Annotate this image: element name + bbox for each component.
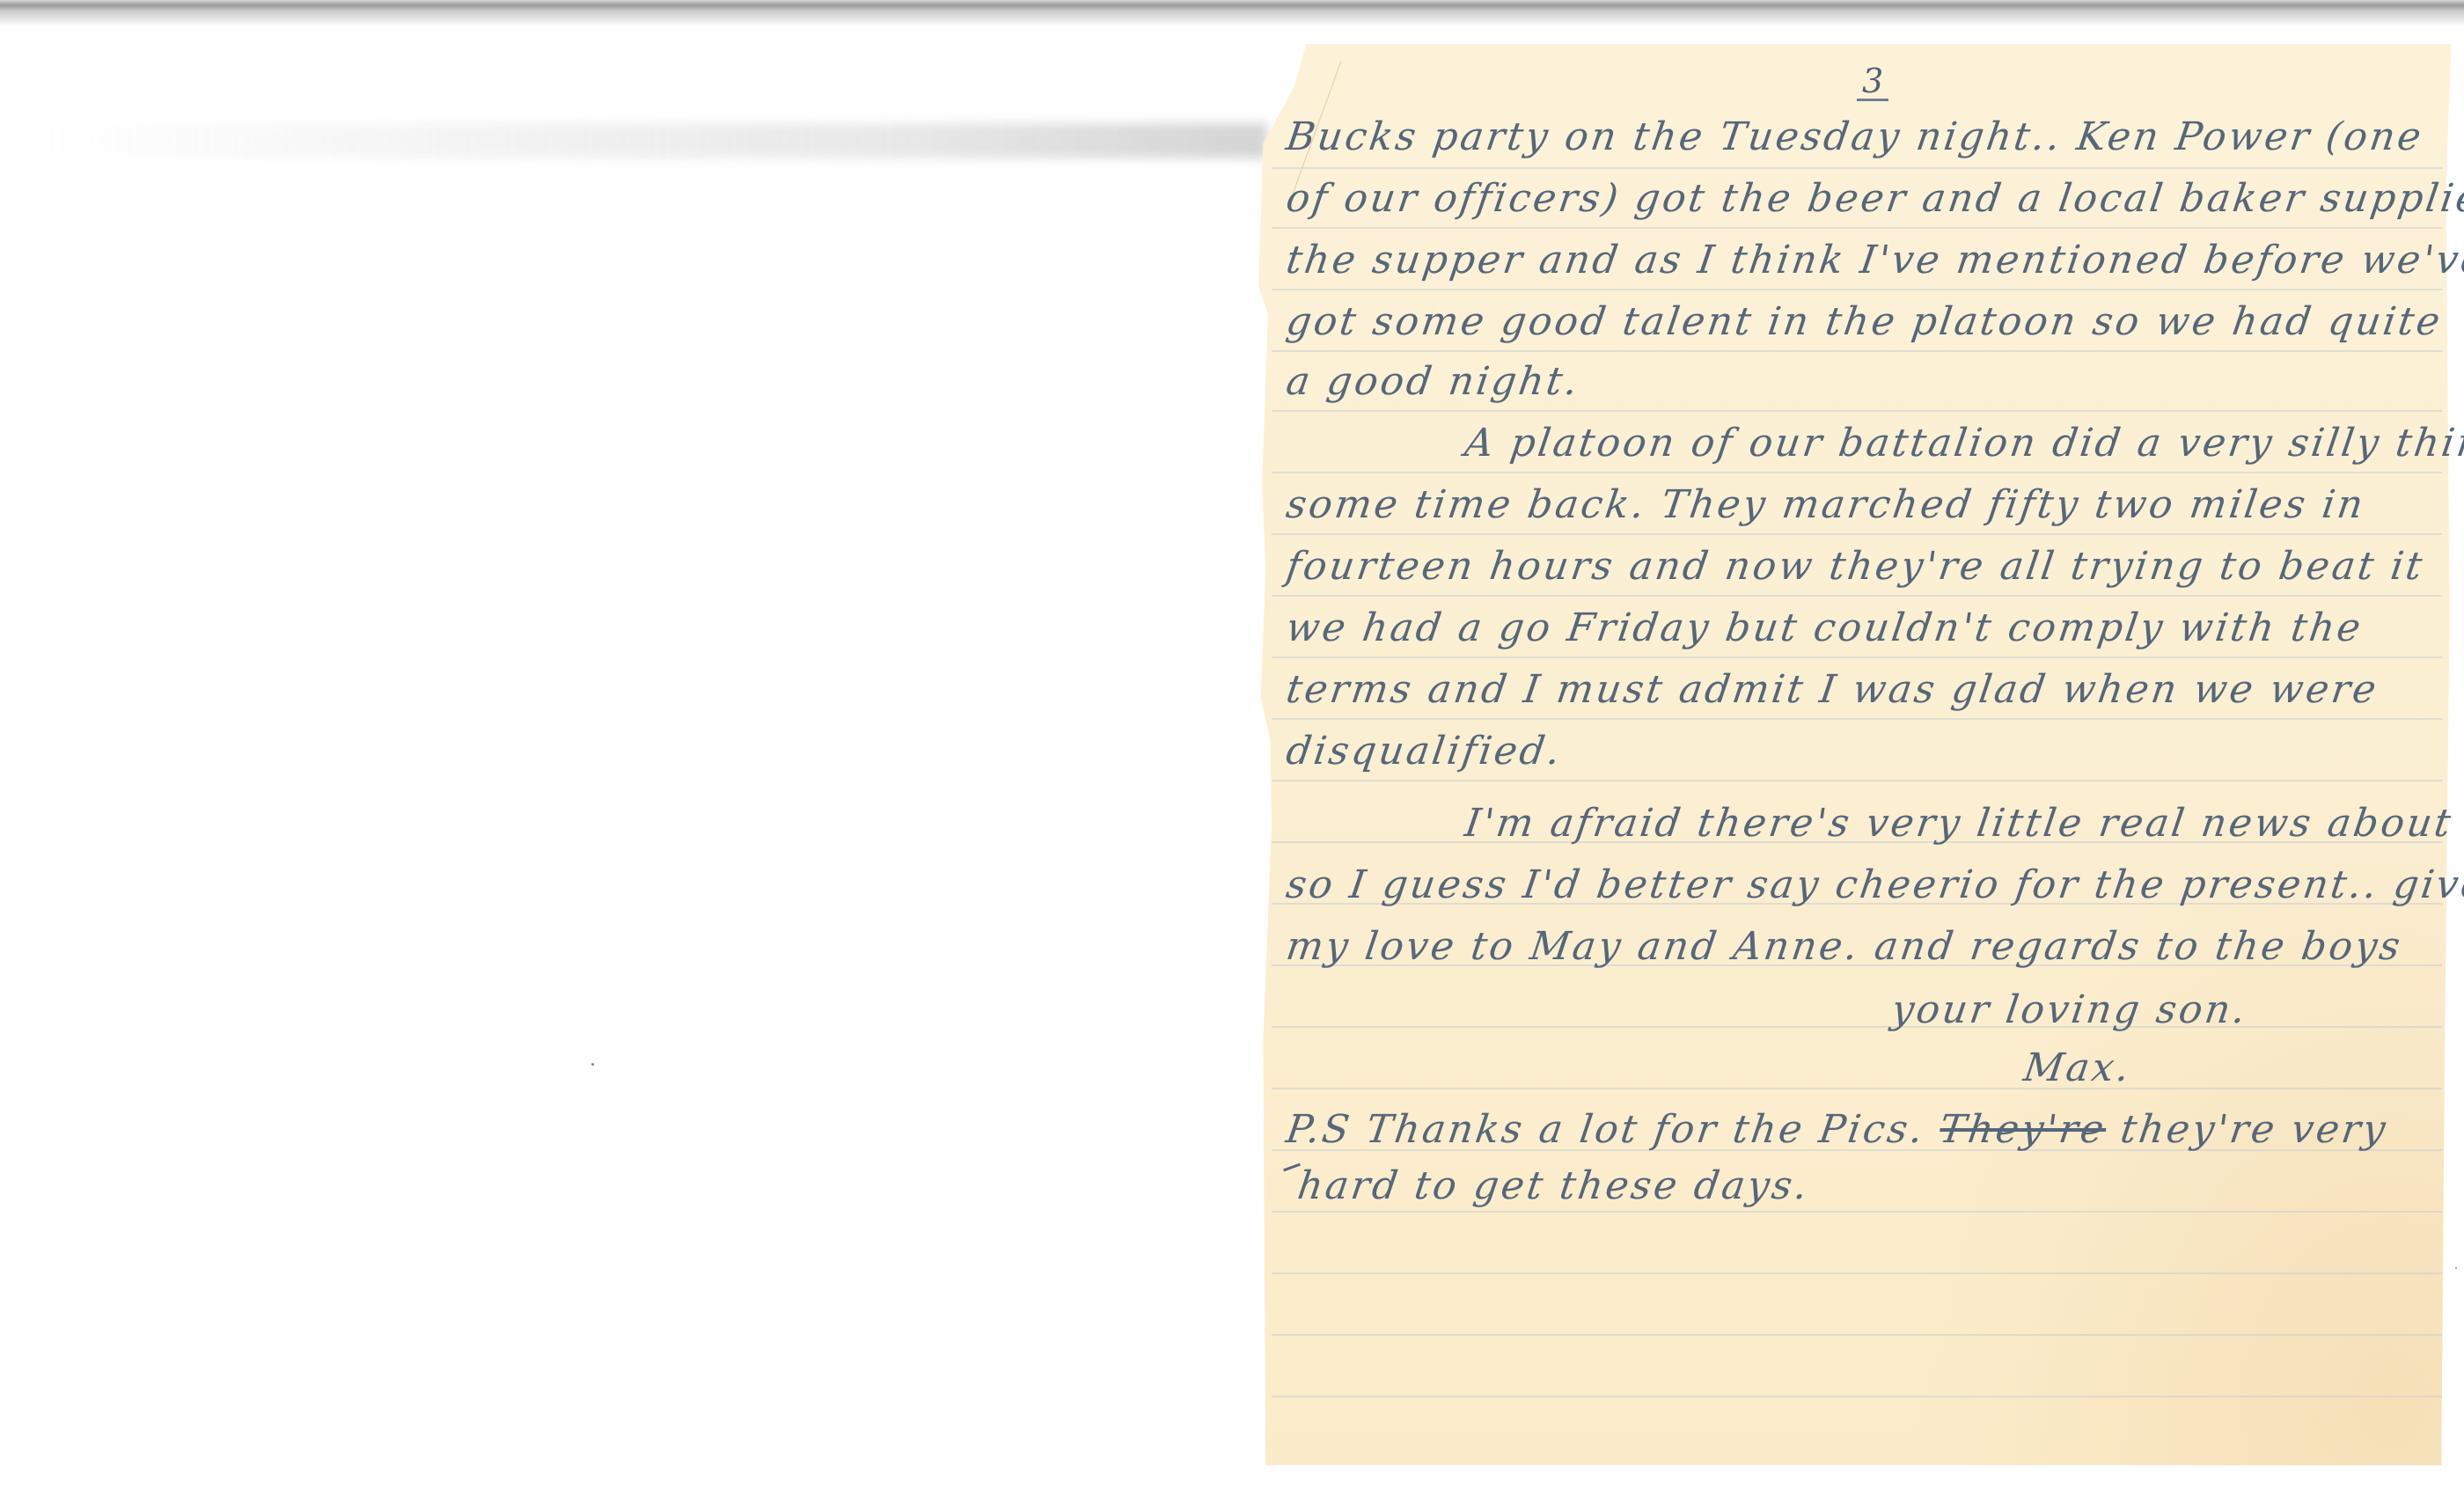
ruled-line [1272,656,2442,658]
ruled-line [1272,1026,2442,1028]
ruled-line [1272,410,2442,412]
letter-line: fourteen hours and now they're all tryin… [1283,544,2427,589]
letter-line: a good night. [1283,359,1582,404]
ruled-line [1272,472,2442,473]
letter-line: we had a go Friday but couldn't comply w… [1283,605,2365,650]
letter-line: A platoon of our battalion did a very si… [1462,421,2464,466]
postscript-line: hard to get these days. [1294,1163,1812,1208]
letter-line: Bucks party on the Tuesday night.. Ken P… [1283,114,2426,159]
ruled-line [1272,718,2442,720]
postscript-text: P.S Thanks a lot for the Pics. [1283,1107,1943,1152]
ruled-line [1272,350,2442,352]
ruled-line [1272,289,2442,290]
ruled-line [1272,1334,2442,1336]
letter-signature: Max. [2020,1045,2134,1090]
scanner-speck [591,1063,594,1066]
letter-line: got some good talent in the platoon so w… [1283,299,2445,344]
page-number: 3 [1857,63,1888,101]
letter-line: terms and I must admit I was glad when w… [1283,667,2381,712]
ruled-line [1272,1211,2442,1213]
ruled-line [1272,1088,2442,1089]
letter-line: so I guess I'd better say cheerio for th… [1283,862,2464,907]
scanner-speck [2455,1267,2457,1269]
scanner-smudge [35,123,1267,158]
letter-line: some time back. They marched fifty two m… [1283,482,2368,527]
postscript-text: they're very [2103,1107,2391,1152]
letter-line: disqualified. [1283,729,1565,774]
ruled-line [1272,780,2442,781]
letter-closing: your loving son. [1888,987,2250,1032]
letter-line: the supper and as I think I've mentioned… [1283,238,2464,282]
ruled-line [1272,1272,2442,1274]
scanner-shadow [0,0,2464,26]
ruled-line [1272,227,2442,229]
letter-line: of our officers) got the beer and a loca… [1283,176,2464,221]
struck-word: They're [1937,1107,2109,1152]
postscript-line: P.S Thanks a lot for the Pics. They're t… [1283,1107,2390,1152]
ruled-line [1272,1396,2442,1397]
letter-line: my love to May and Anne. and regards to … [1283,924,2405,969]
ruled-line [1272,533,2442,535]
ruled-line [1272,167,2442,169]
ruled-line [1272,595,2442,597]
letter-line: I'm afraid there's very little real news… [1462,801,2455,846]
